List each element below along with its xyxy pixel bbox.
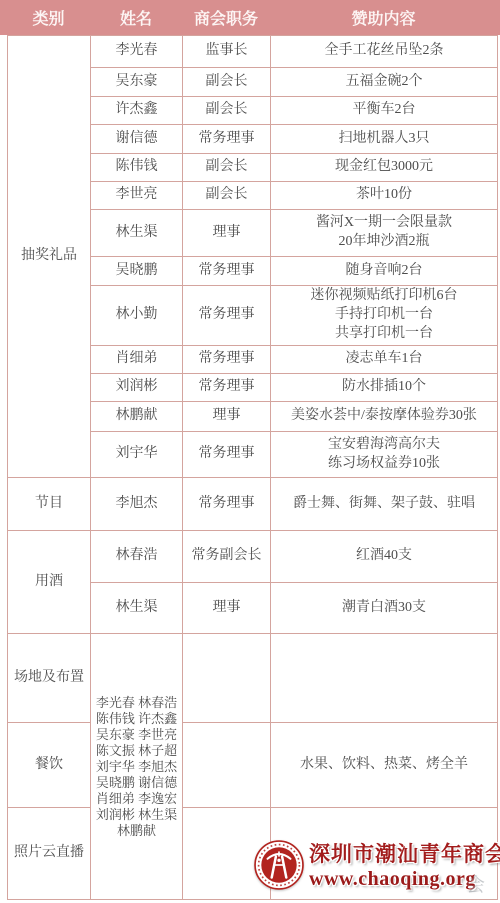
header-category: 类别 — [7, 6, 90, 29]
content-cell: 全手工花丝吊坠2条 — [271, 36, 498, 68]
position-cell-empty — [183, 634, 271, 723]
category-cell-wine: 用酒 — [8, 531, 91, 634]
name-cell: 林小勤 — [91, 286, 183, 346]
org-name: 深圳市潮汕青年商会 — [309, 838, 500, 868]
header-content: 赞助内容 — [270, 6, 497, 29]
chamber-logo: 深圳市潮汕青年商会 www.chaoqing.org 会 — [254, 838, 500, 891]
name-cell: 谢信德 — [91, 125, 183, 154]
position-cell: 常务副会长 — [183, 531, 271, 583]
table-row: 节目 李旭杰 常务理事 爵士舞、街舞、架子鼓、驻唱 — [8, 478, 498, 531]
table-row: 场地及布置 李光春 林春浩 陈伟钱 许杰鑫 吴东豪 李世亮 陈文振 林子超 刘宇… — [8, 634, 498, 723]
content-cell: 潮青白酒30支 — [271, 583, 498, 634]
name-cell: 刘润彬 — [91, 374, 183, 402]
names-list-cell: 李光春 林春浩 陈伟钱 许杰鑫 吴东豪 李世亮 陈文振 林子超 刘宇华 李旭杰 … — [91, 634, 183, 900]
name-cell: 吴东豪 — [91, 68, 183, 97]
name-cell: 李光春 — [91, 36, 183, 68]
name-cell: 林生渠 — [91, 210, 183, 257]
content-cell: 酱河X一期一会限量款 20年坤沙酒2瓶 — [271, 210, 498, 257]
position-cell: 副会长 — [183, 182, 271, 210]
name-cell: 吴晓鹏 — [91, 257, 183, 286]
category-cell-catering: 餐饮 — [8, 723, 91, 808]
content-cell: 五福金碗2个 — [271, 68, 498, 97]
category-cell-venue: 场地及布置 — [8, 634, 91, 723]
position-cell: 常务理事 — [183, 478, 271, 531]
name-cell: 林春浩 — [91, 531, 183, 583]
position-cell: 常务理事 — [183, 432, 271, 478]
category-cell-lottery: 抽奖礼品 — [8, 36, 91, 478]
content-cell: 平衡车2台 — [271, 97, 498, 125]
category-cell-program: 节目 — [8, 478, 91, 531]
content-cell: 凌志单车1台 — [271, 346, 498, 374]
content-cell: 防水排插10个 — [271, 374, 498, 402]
name-cell: 李世亮 — [91, 182, 183, 210]
header-title: 商会职务 — [182, 6, 270, 29]
position-cell: 副会长 — [183, 68, 271, 97]
name-cell: 许杰鑫 — [91, 97, 183, 125]
position-cell: 理事 — [183, 583, 271, 634]
name-cell: 李旭杰 — [91, 478, 183, 531]
content-cell: 美姿水荟中/泰按摩体验券30张 — [271, 402, 498, 432]
table-header: 类别 姓名 商会职务 赞助内容 — [0, 0, 500, 35]
content-cell: 爵士舞、街舞、架子鼓、驻唱 — [271, 478, 498, 531]
sponsor-table: 抽奖礼品 李光春 监事长 全手工花丝吊坠2条 吴东豪 副会长 五福金碗2个 许杰… — [7, 35, 498, 900]
position-cell: 常务理事 — [183, 257, 271, 286]
table-row: 餐饮 水果、饮料、热菜、烤全羊 — [8, 723, 498, 808]
content-cell: 水果、饮料、热菜、烤全羊 — [271, 723, 498, 808]
table-row: 抽奖礼品 李光春 监事长 全手工花丝吊坠2条 — [8, 36, 498, 68]
content-cell — [271, 634, 498, 723]
name-cell: 林生渠 — [91, 583, 183, 634]
content-cell: 随身音响2台 — [271, 257, 498, 286]
content-cell: 现金红包3000元 — [271, 154, 498, 182]
content-cell: 迷你视频贴纸打印机6台 手持打印机一台 共享打印机一台 — [271, 286, 498, 346]
position-cell: 常务理事 — [183, 346, 271, 374]
header-name: 姓名 — [90, 6, 182, 29]
position-cell: 常务理事 — [183, 286, 271, 346]
content-cell: 红酒40支 — [271, 531, 498, 583]
category-cell-photolive: 照片云直播 — [8, 808, 91, 900]
name-cell: 林鹏献 — [91, 402, 183, 432]
position-cell: 理事 — [183, 402, 271, 432]
position-cell: 理事 — [183, 210, 271, 257]
watermark-char: 会 — [466, 870, 485, 897]
name-cell: 陈伟钱 — [91, 154, 183, 182]
name-cell: 刘宇华 — [91, 432, 183, 478]
position-cell: 副会长 — [183, 97, 271, 125]
table-row: 用酒 林春浩 常务副会长 红酒40支 — [8, 531, 498, 583]
position-cell: 常务理事 — [183, 374, 271, 402]
position-cell: 副会长 — [183, 154, 271, 182]
chamber-seal-icon — [254, 840, 304, 890]
content-cell: 宝安碧海湾高尔夫 练习场权益券10张 — [271, 432, 498, 478]
name-cell: 肖细弟 — [91, 346, 183, 374]
position-cell: 常务理事 — [183, 125, 271, 154]
position-cell-empty — [183, 723, 271, 808]
content-cell: 茶叶10份 — [271, 182, 498, 210]
content-cell: 扫地机器人3只 — [271, 125, 498, 154]
position-cell: 监事长 — [183, 36, 271, 68]
